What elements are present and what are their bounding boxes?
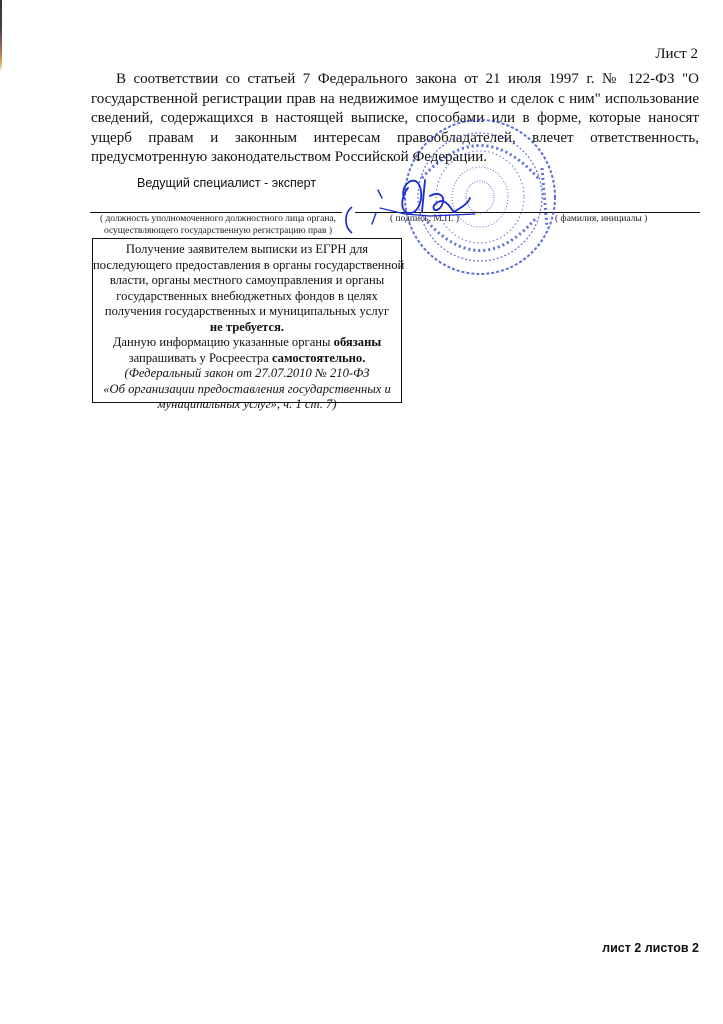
- notice-line-4: государственных внебюджетных фондов в це…: [93, 289, 401, 305]
- notice-line-3: власти, органы местного самоуправления и…: [93, 273, 401, 289]
- notice-not-required: не требуется.: [93, 320, 401, 336]
- page-count-label: лист 2 листов 2: [602, 941, 699, 955]
- pen-bracket-mark-icon: [342, 205, 356, 235]
- notice-obliged-prefix: Данную информацию указанные органы: [113, 335, 334, 349]
- position-caption: ( должность уполномоченного должностного…: [92, 213, 344, 237]
- position-caption-line-2: осуществляющего государственную регистра…: [92, 225, 344, 237]
- notice-law-line-3: муниципальных услуг», ч. 1 ст. 7): [93, 397, 401, 413]
- name-caption: ( фамилия, инициалы ): [555, 213, 647, 225]
- notice-request-line: запрашивать у Росреестра самостоятельно.: [93, 351, 401, 367]
- notice-request-bold: самостоятельно.: [272, 351, 365, 365]
- notice-request-prefix: запрашивать у Росреестра: [129, 351, 272, 365]
- notice-line-2: последующего предоставления в органы гос…: [93, 258, 401, 274]
- egrn-notice-box: Получение заявителем выписки из ЕГРН для…: [92, 238, 402, 403]
- liability-paragraph: В соответствии со статьей 7 Федерального…: [91, 70, 699, 168]
- notice-line-1: Получение заявителем выписки из ЕГРН для: [93, 242, 401, 258]
- notice-law-line-1: (Федеральный закон от 27.07.2010 № 210-Ф…: [93, 366, 401, 382]
- notice-obliged-line: Данную информацию указанные органы обяза…: [93, 335, 401, 351]
- sheet-number: Лист 2: [655, 46, 698, 63]
- notice-line-5: получения государственных и муниципальны…: [93, 304, 401, 320]
- notice-obliged-bold: обязаны: [334, 335, 382, 349]
- scan-edge-artifact: [0, 0, 2, 72]
- position-title: Ведущий специалист - эксперт: [137, 176, 316, 190]
- position-caption-line-1: ( должность уполномоченного должностного…: [92, 213, 344, 225]
- notice-law-line-2: «Об организации предоставления государст…: [93, 382, 401, 398]
- signature-caption: ( подпись, М.П. ): [390, 213, 459, 225]
